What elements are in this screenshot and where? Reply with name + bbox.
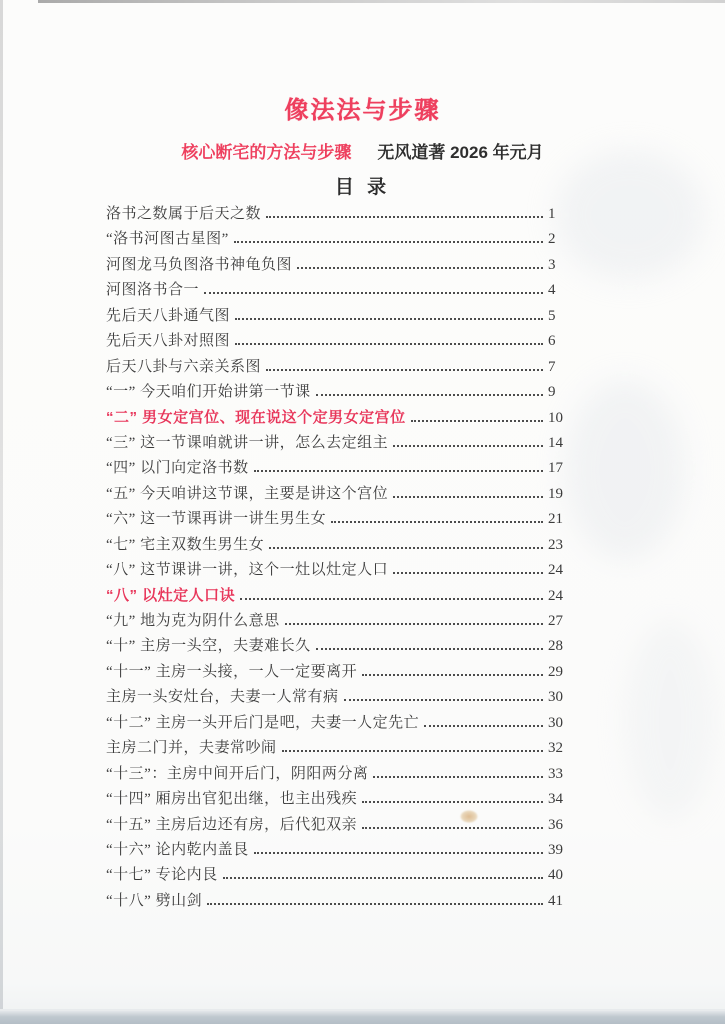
toc-entry: “四” 以门向定洛书数 17 [106, 456, 574, 481]
toc-entry-page: 34 [546, 791, 574, 808]
toc-entry-page: 10 [546, 410, 574, 427]
toc-entry-label: 主房二门并，夫妻常吵闹 [106, 736, 277, 757]
toc-entry-leader [254, 470, 543, 472]
toc-entry: “二” 男女定宫位、现在说这个定男女定宫位 10 [106, 406, 574, 431]
subtitle-author-date: 无风道著 2026 年元月 [377, 138, 543, 163]
toc-entry-label: 洛书之数属于后天之数 [106, 202, 261, 223]
toc-entry-label: “十二” 主房一头开后门是吧，夫妻一人定先亡 [106, 711, 419, 732]
toc-entry-leader [223, 877, 543, 879]
toc-entry-page: 14 [546, 435, 574, 452]
document-title: 像法法与步骤 [0, 90, 725, 125]
toc-entry: “十四” 厢房出官犯出继，也主出残疾 34 [106, 787, 574, 812]
toc-entry: “五” 今天咱讲这节课，主要是讲这个宫位 19 [106, 482, 574, 507]
toc-entry: “十七” 专论内艮 40 [106, 863, 574, 888]
toc-entry-page: 33 [546, 766, 574, 783]
toc-entry: “三” 这一节课咱就讲一讲，怎么去定组主 14 [106, 431, 574, 456]
toc-entry-label: 河图洛书合一 [106, 278, 199, 299]
toc-entry: 后天八卦与六亲关系图 7 [106, 355, 574, 380]
toc-entry-label: “十一” 主房一头接，一人一定要离开 [106, 660, 357, 681]
toc-entry-leader [235, 318, 543, 320]
toc-entry-label: “八” 这节课讲一讲，这个一灶以灶定人口 [106, 558, 388, 579]
toc-entry: 洛书之数属于后天之数 1 [106, 202, 574, 227]
toc-entry-leader [344, 699, 543, 701]
toc-entry: “十一” 主房一头接，一人一定要离开 29 [106, 660, 574, 685]
page-bleedthrough-artifact [555, 150, 705, 280]
toc-entry-leader [316, 394, 543, 396]
toc-entry-leader [207, 903, 543, 905]
toc-entry-leader [393, 496, 543, 498]
toc-entry-label: “十四” 厢房出官犯出继，也主出残疾 [106, 787, 357, 808]
toc-entry-label: “十七” 专论内艮 [106, 863, 218, 884]
toc-entry-label: “五” 今天咱讲这节课，主要是讲这个宫位 [106, 482, 388, 503]
toc-entry-label: “三” 这一节课咱就讲一讲，怎么去定组主 [106, 431, 388, 452]
toc-entry-leader [411, 420, 543, 422]
toc-entry-page: 32 [546, 740, 574, 757]
toc-entry: “八” 以灶定人口诀 24 [106, 584, 574, 609]
toc-entry-label: 先后天八卦通气图 [106, 304, 230, 325]
toc-entry: 先后天八卦对照图 6 [106, 329, 574, 354]
toc-entry-label: “八” 以灶定人口诀 [106, 584, 235, 605]
toc-entry-label: 主房一头安灶台，夫妻一人常有病 [106, 685, 339, 706]
toc-entry-page: 24 [546, 562, 574, 579]
toc-entry: “七” 宅主双数生男生女 23 [106, 533, 574, 558]
toc-entry-label: 后天八卦与六亲关系图 [106, 355, 261, 376]
toc-entry-leader [269, 547, 543, 549]
toc-entry-leader [282, 750, 543, 752]
toc-entry-page: 27 [546, 613, 574, 630]
toc-entry-leader [362, 674, 543, 676]
toc-entry-leader [373, 776, 543, 778]
toc-entry: 河图洛书合一 4 [106, 278, 574, 303]
toc-entry: “十三”：主房中间开后门，阴阳两分离 33 [106, 762, 574, 787]
toc-entry-page: 23 [546, 537, 574, 554]
toc-entry-page: 9 [546, 384, 574, 401]
toc-entry-label: “七” 宅主双数生男生女 [106, 533, 264, 554]
toc-entry: “洛书河图古星图” 2 [106, 227, 574, 252]
toc-entry-page: 36 [546, 817, 574, 834]
toc-entry: “十二” 主房一头开后门是吧，夫妻一人定先亡 30 [106, 711, 574, 736]
toc-entry-label: “一” 今天咱们开始讲第一节课 [106, 380, 311, 401]
toc-entry-leader [266, 369, 543, 371]
toc-entry: “六” 这一节课再讲一讲生男生女 21 [106, 507, 574, 532]
toc-entry-page: 6 [546, 333, 574, 350]
toc-entry-label: “四” 以门向定洛书数 [106, 456, 249, 477]
toc-entry-page: 19 [546, 486, 574, 503]
toc-entry: “十五” 主房后边还有房，后代犯双亲 36 [106, 813, 574, 838]
toc-entry-leader [393, 445, 543, 447]
toc-entry: “十八” 劈山剑 41 [106, 889, 574, 914]
toc-entry-leader [266, 216, 543, 218]
toc-entry-page: 39 [546, 842, 574, 859]
toc-entry-label: “洛书河图古星图” [106, 227, 229, 248]
toc-entry-page: 5 [546, 308, 574, 325]
toc-entry-label: “十八” 劈山剑 [106, 889, 202, 910]
toc-list: 洛书之数属于后天之数 1 “洛书河图古星图” 2 河图龙马负图洛书神龟负图 3 … [106, 202, 574, 914]
toc-entry: “十” 主房一头空，夫妻难长久 28 [106, 634, 574, 659]
toc-entry-leader [234, 241, 543, 243]
page-bleedthrough-artifact [625, 620, 715, 820]
toc-entry: 主房二门并，夫妻常吵闹 32 [106, 736, 574, 761]
toc-entry: “九” 地为克为阴什么意思 27 [106, 609, 574, 634]
toc-entry-leader [285, 623, 543, 625]
scan-edge-bottom [0, 1011, 725, 1024]
toc-entry-label: 先后天八卦对照图 [106, 329, 230, 350]
toc-entry-leader [424, 725, 543, 727]
toc-entry-label: “九” 地为克为阴什么意思 [106, 609, 280, 630]
toc-entry-page: 17 [546, 460, 574, 477]
toc-entry-page: 28 [546, 638, 574, 655]
toc-entry: “十六” 论内乾内盖艮 39 [106, 838, 574, 863]
page-bleedthrough-artifact [565, 380, 685, 560]
document-subtitle: 核心断宅的方法与步骤 无风道著 2026 年元月 [0, 138, 725, 163]
toc-entry-page: 3 [546, 257, 574, 274]
toc-entry-page: 29 [546, 664, 574, 681]
toc-entry: 先后天八卦通气图 5 [106, 304, 574, 329]
toc-entry-page: 21 [546, 511, 574, 528]
toc-entry-label: “十三”：主房中间开后门，阴阳两分离 [106, 762, 368, 783]
toc-entry-leader [254, 852, 543, 854]
scan-edge-top [38, 0, 725, 3]
toc-entry-page: 4 [546, 282, 574, 299]
toc-entry-leader [297, 267, 543, 269]
toc-entry-leader [204, 292, 543, 294]
toc-entry-leader [393, 572, 543, 574]
toc-entry-page: 30 [546, 689, 574, 706]
toc-entry: “一” 今天咱们开始讲第一节课 9 [106, 380, 574, 405]
toc-entry-leader [240, 598, 543, 600]
toc-entry-page: 30 [546, 715, 574, 732]
toc-entry-label: “六” 这一节课再讲一讲生男生女 [106, 507, 326, 528]
toc-entry-label: “十六” 论内乾内盖艮 [106, 838, 249, 859]
toc-entry-page: 41 [546, 893, 574, 910]
subtitle-topic: 核心断宅的方法与步骤 [181, 138, 351, 163]
toc-heading: 目 录 [0, 172, 725, 199]
toc-entry-page: 2 [546, 231, 574, 248]
toc-entry: 河图龙马负图洛书神龟负图 3 [106, 253, 574, 278]
toc-entry: 主房一头安灶台，夫妻一人常有病 30 [106, 685, 574, 710]
toc-entry-page: 24 [546, 588, 574, 605]
toc-entry-page: 1 [546, 206, 574, 223]
toc-entry-leader [362, 801, 543, 803]
scanned-document-page: 像法法与步骤 核心断宅的方法与步骤 无风道著 2026 年元月 目 录 洛书之数… [0, 0, 725, 1024]
toc-entry-leader [316, 648, 543, 650]
toc-entry-leader [362, 827, 543, 829]
toc-entry-page: 40 [546, 867, 574, 884]
toc-entry-label: “十” 主房一头空，夫妻难长久 [106, 634, 311, 655]
toc-entry-leader [331, 521, 543, 523]
toc-entry-label: “二” 男女定宫位、现在说这个定男女定宫位 [106, 406, 406, 427]
toc-entry-label: “十五” 主房后边还有房，后代犯双亲 [106, 813, 357, 834]
toc-entry: “八” 这节课讲一讲，这个一灶以灶定人口 24 [106, 558, 574, 583]
toc-entry-label: 河图龙马负图洛书神龟负图 [106, 253, 292, 274]
toc-entry-page: 7 [546, 359, 574, 376]
toc-entry-leader [235, 343, 543, 345]
